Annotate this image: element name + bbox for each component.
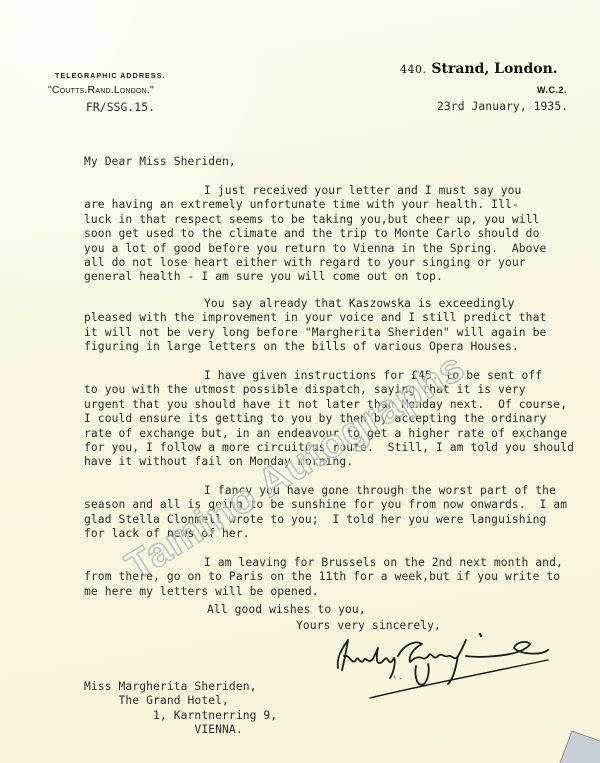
paragraph-line: I just received your letter and I must s…	[84, 184, 546, 198]
paragraph-line: I could ensure its getting to you by the…	[84, 412, 574, 426]
folded-corner	[550, 713, 600, 763]
recipient-line: The Grand Hotel,	[84, 694, 277, 708]
paragraph-4: I fancy you have gone through the worst …	[84, 484, 567, 542]
paragraph-5: I am leaving for Brussels on the 2nd nex…	[84, 556, 563, 599]
closing-wishes: All good wishes to you,	[207, 603, 366, 616]
paragraph-line: I have given instructions for £45. to be…	[84, 369, 574, 383]
salutation: My Dear Miss Sheriden,	[84, 155, 236, 168]
paragraph-line: I am leaving for Brussels on the 2nd nex…	[84, 556, 563, 570]
signature	[330, 626, 560, 706]
paragraph-line: have it without fail on Monday morning.	[84, 455, 574, 469]
paragraph-2: You say already that Kaszowska is exceed…	[84, 297, 546, 355]
paragraph-line: urgent that you should have it not later…	[84, 398, 574, 412]
letter-page: TELEGRAPHIC ADDRESS. "Coutts.Rand.London…	[0, 0, 600, 763]
paragraph-line: all do not lose heart either with regard…	[84, 256, 546, 270]
letter-date: 23rd January, 1935.	[437, 100, 568, 113]
paragraph-1: I just received your letter and I must s…	[84, 184, 546, 285]
paragraph-line: glad Stella Clonmell wrote to you; I tol…	[84, 513, 567, 527]
paragraph-line: You say already that Kaszowska is exceed…	[84, 297, 546, 311]
paragraph-line: pleased with the improvement in your voi…	[84, 311, 546, 325]
telegraphic-address-label: TELEGRAPHIC ADDRESS.	[55, 71, 165, 80]
postcode: W.C.2.	[537, 85, 567, 95]
recipient-line: Miss Margherita Sheriden,	[84, 680, 277, 694]
recipient-line: 1, Karntnerring 9,	[84, 709, 277, 723]
paragraph-line: for lack of news of her.	[84, 527, 567, 541]
telegraphic-address: "Coutts.Rand.London."	[48, 84, 154, 96]
paragraph-line: soon get used to the climate and the tri…	[84, 227, 546, 241]
paragraph-line: figuring in large letters on the bills o…	[84, 340, 546, 354]
reference-number: FR/SSG.15.	[86, 101, 155, 114]
paragraph-line: luck in that respect seems to be taking …	[84, 213, 546, 227]
street-address: 440. Strand, London.	[400, 61, 558, 77]
street-name: Strand, London.	[431, 61, 557, 77]
paragraph-line: to you with the utmost possible dispatch…	[84, 383, 574, 397]
street-number: 440.	[400, 63, 427, 76]
recipient-address: Miss Margherita Sheriden, The Grand Hote…	[84, 680, 277, 738]
paragraph-line: rate of exchange but, in an endeavour to…	[84, 427, 574, 441]
paragraph-line: are having an extremely unfortunate time…	[84, 198, 546, 212]
recipient-line: VIENNA.	[84, 723, 277, 737]
paragraph-line: season and all is going to be sunshine f…	[84, 498, 567, 512]
paragraph-line: for you, I follow a more circuitous rout…	[84, 441, 574, 455]
paragraph-line: from there, go on to Paris on the 11th f…	[84, 570, 563, 584]
paragraph-line: it will not be very long before "Margher…	[84, 326, 546, 340]
paragraph-line: general health - I am sure you will come…	[84, 270, 546, 284]
paragraph-line: you a lot of good before you return to V…	[84, 242, 546, 256]
paragraph-3: I have given instructions for £45. to be…	[84, 369, 574, 470]
paragraph-line: me here my letters will be opened.	[84, 585, 563, 599]
paragraph-line: I fancy you have gone through the worst …	[84, 484, 567, 498]
